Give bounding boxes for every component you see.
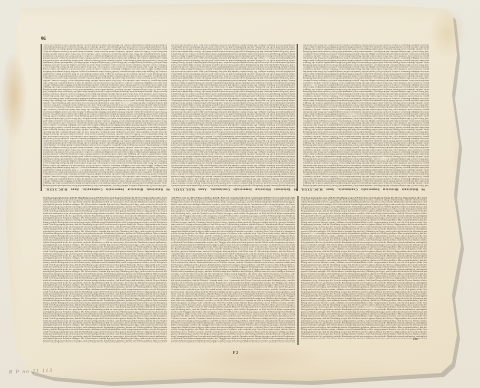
catchword: Die [413, 337, 418, 341]
text-column-bottom-right: Von Regenspurg hat man, daß die Handlung… [301, 197, 427, 339]
column-divider-rule [297, 196, 298, 345]
bottom-half-page: Von Regenspurg hat man, daß die Handlung… [40, 196, 430, 345]
text-column-top-right: Auß Wien vom 12. diß wirdt geschriben, d… [303, 45, 429, 187]
page-number: 96 [41, 35, 46, 40]
text-column-top-left: Auß Wien vom 12. diß wirdt geschriben, d… [43, 45, 167, 187]
paper-sheet: 96 Relationis Historicæ Semestralis Cont… [0, 0, 480, 388]
broadsheet-scan: 96 Relationis Historicæ Semestralis Cont… [0, 0, 480, 388]
column-divider-rule [297, 44, 298, 191]
page-edge-rule [41, 44, 42, 191]
signature-mark: F 2 [233, 351, 238, 355]
text-column-bottom-middle: Auß Wien vom 12. diß wirdt geschriben, d… [171, 197, 295, 343]
running-head-line: 96 Relationis Historicæ Semestralis Cont… [43, 187, 427, 191]
text-column-top-middle: Von Regenspurg hat man, daß die Handlung… [171, 45, 295, 187]
bottom-half-print-block: Von Regenspurg hat man, daß die Handlung… [40, 196, 430, 345]
top-half-page-rotated: 96 Relationis Historicæ Semestralis Cont… [40, 44, 430, 191]
top-half-print-block: 96 Relationis Historicæ Semestralis Cont… [40, 44, 430, 191]
text-column-bottom-left: Von Regenspurg hat man, daß die Handlung… [43, 197, 167, 343]
